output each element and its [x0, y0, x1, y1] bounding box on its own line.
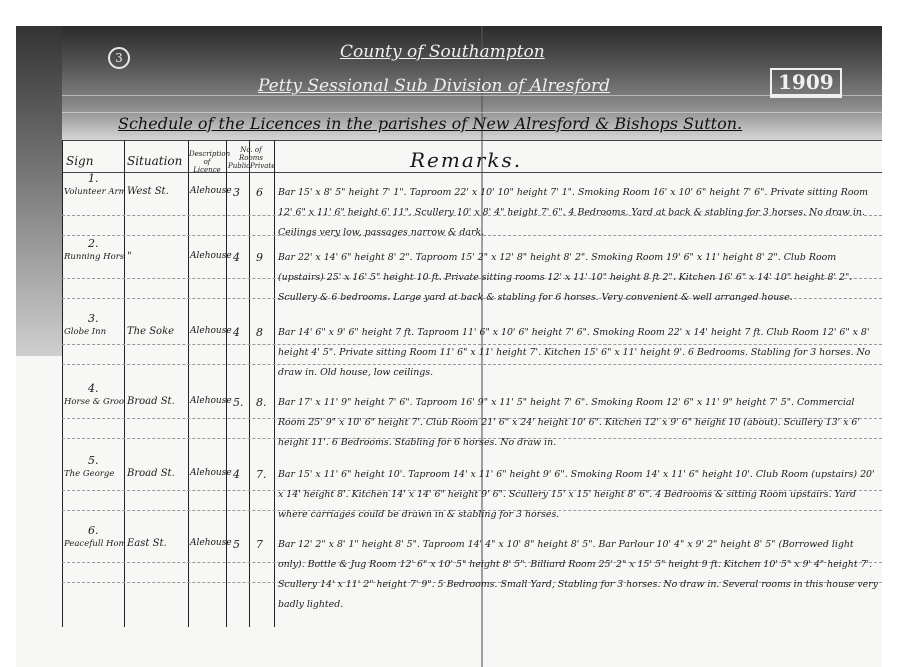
situation: Broad St.: [127, 396, 175, 407]
sign-name: Horse & Groom: [64, 397, 124, 407]
entry-number: 4.: [88, 382, 99, 395]
sign-name: Peacefull Home: [64, 539, 124, 549]
remarks: Bar 14' 6" x 9' 6" height 7 ft. Taproom …: [278, 323, 878, 383]
column-header-sign: Sign: [66, 154, 93, 168]
situation: West St.: [127, 186, 169, 197]
column-header-situation: Situation: [127, 154, 182, 168]
column-rule: [226, 140, 227, 627]
sign-name: Volunteer Arms: [64, 187, 124, 197]
remarks: Bar 15' x 11' 6" height 10'. Taproom 14'…: [278, 465, 878, 525]
situation: ": [127, 251, 132, 262]
public-rooms: 4: [233, 251, 240, 264]
remarks: Bar 15' x 8' 5" height 7' 1". Taproom 22…: [278, 183, 878, 243]
licence-type: Alehouse: [190, 251, 232, 261]
sign-name: Globe Inn: [64, 327, 106, 337]
public-rooms: 4: [233, 326, 240, 339]
header-bottom-rule: [62, 172, 882, 173]
licence-type: Alehouse: [190, 186, 232, 196]
public-rooms: 4: [233, 468, 240, 481]
column-header-private: Private: [250, 162, 274, 170]
licence-type: Alehouse: [190, 396, 232, 406]
situation: Broad St.: [127, 468, 175, 479]
private-rooms: 7.: [256, 468, 267, 481]
public-rooms: 3: [233, 186, 240, 199]
entry-number: 5.: [88, 454, 99, 467]
remarks: Bar 12' 2" x 8' 1" height 8' 5". Taproom…: [278, 535, 878, 615]
entry-number: 1.: [88, 172, 99, 185]
column-header-description: Description of Licence: [189, 150, 225, 174]
year-stamp: 1909: [770, 68, 842, 98]
private-rooms: 7: [256, 538, 263, 551]
licence-type: Alehouse: [190, 468, 232, 478]
private-rooms: 9: [256, 251, 263, 264]
column-rule: [62, 140, 63, 627]
entry-number: 6.: [88, 524, 99, 537]
public-rooms: 5.: [233, 396, 244, 409]
column-header-remarks: Remarks.: [410, 148, 522, 172]
schedule-heading: Schedule of the Licences in the parishes…: [118, 114, 742, 133]
private-rooms: 8.: [256, 396, 267, 409]
county-heading: County of Southampton: [340, 42, 545, 62]
division-heading: Petty Sessional Sub Division of Alresfor…: [258, 76, 610, 96]
entry-number: 3.: [88, 312, 99, 325]
licence-type: Alehouse: [190, 538, 232, 548]
page-number: 3: [108, 47, 130, 69]
public-rooms: 5: [233, 538, 240, 551]
column-rule: [124, 140, 125, 627]
column-header-rooms: No. of Rooms: [228, 146, 274, 162]
table-top-rule: [62, 140, 882, 141]
licence-type: Alehouse: [190, 326, 232, 336]
rule: [62, 112, 882, 113]
column-rule: [274, 140, 275, 627]
private-rooms: 8: [256, 326, 263, 339]
remarks: Bar 17' x 11' 9" height 7' 6". Taproom 1…: [278, 393, 878, 453]
sign-name: The George: [64, 469, 114, 479]
photocopy-shadow-left: [16, 26, 62, 356]
situation: East St.: [127, 538, 167, 549]
remarks: Bar 22' x 14' 6" height 8' 2". Taproom 1…: [278, 248, 878, 308]
column-rule: [188, 140, 189, 627]
column-rule: [249, 140, 250, 627]
private-rooms: 6: [256, 186, 263, 199]
situation: The Soke: [127, 326, 174, 337]
sign-name: Running Horse: [64, 252, 124, 262]
entry-number: 2.: [88, 237, 99, 250]
column-header-public: Public: [228, 162, 250, 170]
